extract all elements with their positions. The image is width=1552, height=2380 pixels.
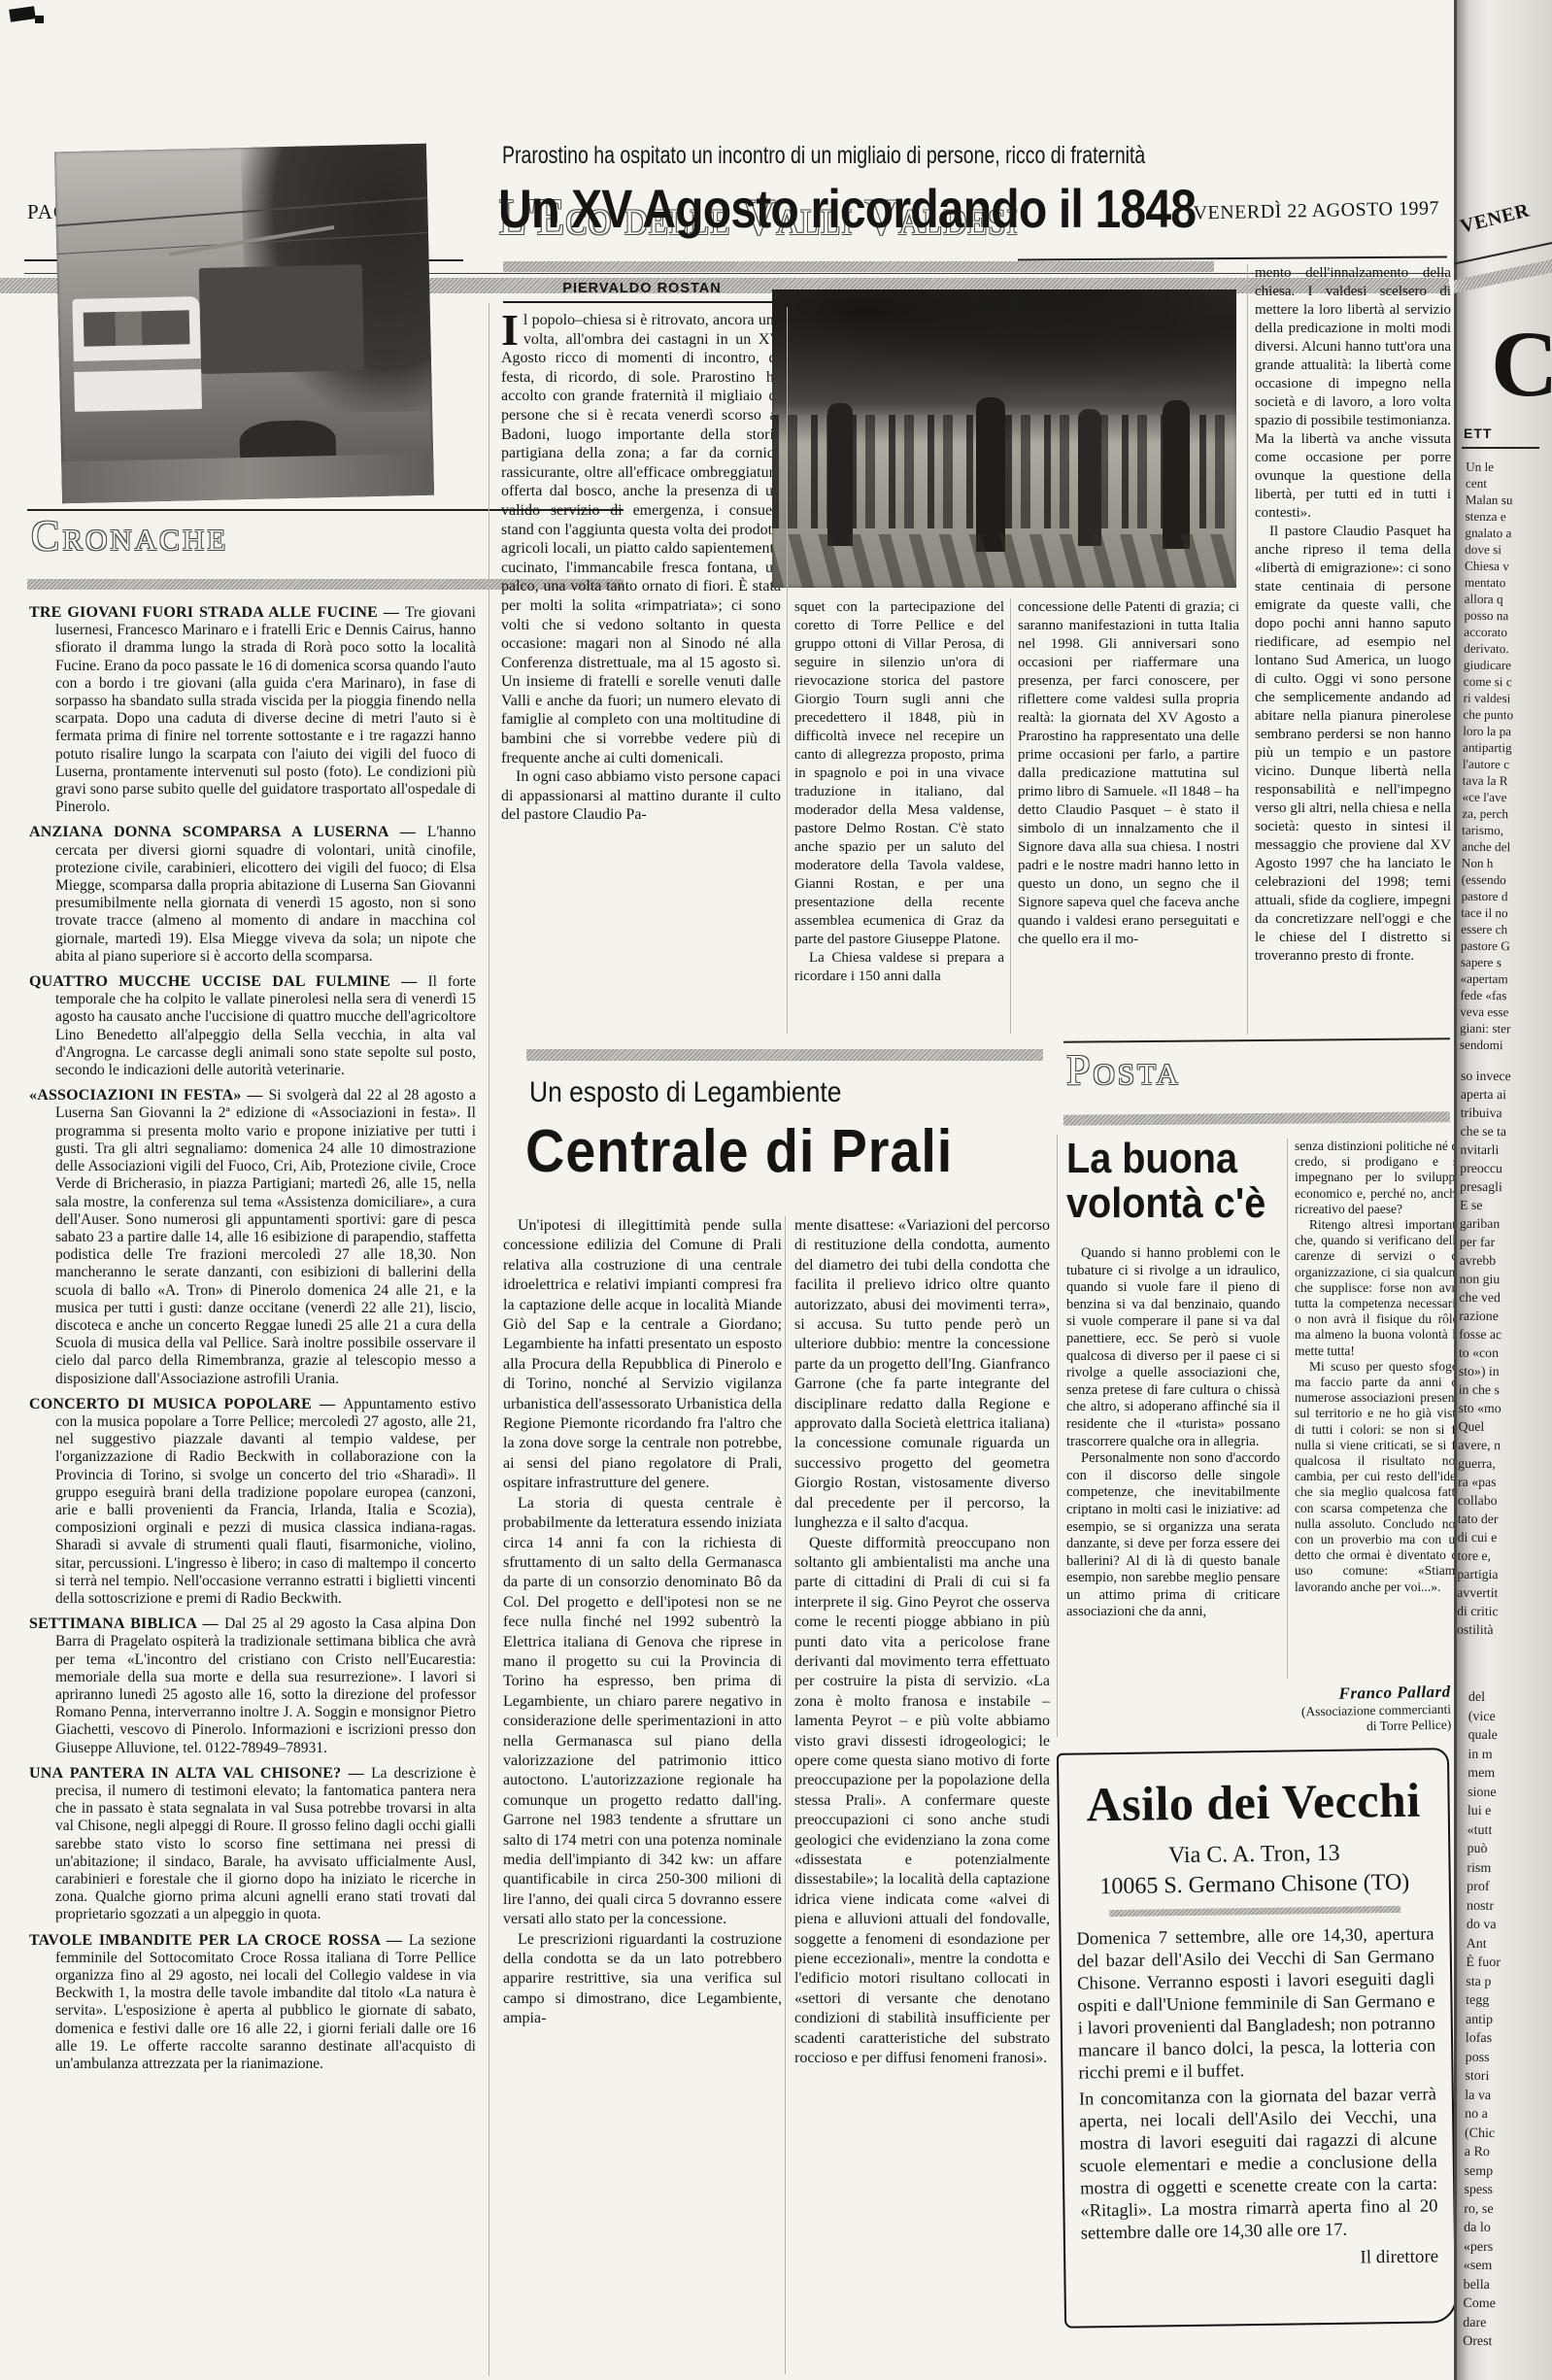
main-halftone-band bbox=[503, 261, 1214, 272]
prali-col-b: mente disattese: «Variazioni del percors… bbox=[794, 1216, 1050, 2376]
news-item: TRE GIOVANI FUORI STRADA ALLE FUCINE — T… bbox=[29, 604, 476, 816]
figure-silhouette bbox=[827, 403, 853, 546]
news-item: TAVOLE IMBANDITE PER LA CROCE ROSSA — La… bbox=[29, 1932, 476, 2074]
article-paragraph: Un'ipotesi di illegittimità pende sulla … bbox=[503, 1216, 782, 1494]
posta-col1: Quando si hanno problemi con le tubature… bbox=[1066, 1245, 1280, 1741]
letter-paragraph: Quando si hanno problemi con le tubature… bbox=[1066, 1245, 1280, 1450]
figure-silhouette bbox=[976, 397, 1005, 553]
photo-xv-agosto-crowd bbox=[772, 289, 1236, 588]
main-kicker-wrap: Prarostino ha ospitato un incontro di un… bbox=[502, 142, 1327, 170]
news-item-body: La descrizione è precisa, il numero di t… bbox=[55, 1765, 476, 1923]
prali-halftone-band bbox=[526, 1049, 1043, 1061]
prali-headline: Centrale di Prali bbox=[525, 1117, 953, 1186]
figure-silhouette bbox=[1163, 400, 1190, 550]
fold-byline-fragment: ETT bbox=[1464, 425, 1492, 441]
fire-truck bbox=[198, 264, 364, 373]
news-item-body: Si svolgerà dal 22 al 28 agosto a Lusern… bbox=[55, 1087, 476, 1386]
news-item: QUATTRO MUCCHE UCCISE DAL FULMINE — Il f… bbox=[29, 973, 476, 1079]
letter-paragraph: Mi scuso per questo sfogo, ma faccio par… bbox=[1295, 1359, 1462, 1595]
ground-shadows bbox=[772, 534, 1236, 588]
posta-halftone-band bbox=[1063, 1111, 1450, 1125]
news-item-title: SETTIMANA BIBLICA — bbox=[29, 1615, 224, 1632]
article-paragraph: mente disattese: «Variazioni del percors… bbox=[794, 1216, 1050, 1534]
prali-col-a: Un'ipotesi di illegittimità pende sulla … bbox=[503, 1216, 782, 2376]
byline-name: PIERVALDO ROSTAN bbox=[562, 281, 721, 296]
column-rule bbox=[1057, 1135, 1058, 1737]
article-paragraph: Il popolo–chiesa si è ritrovato, ancora … bbox=[501, 311, 781, 767]
asilo-address1: Via C. A. Tron, 13 bbox=[1060, 1839, 1448, 1871]
news-item-title: TRE GIOVANI FUORI STRADA ALLE FUCINE — bbox=[29, 604, 405, 621]
main-article-col4: mento dell'innalzamento della chiesa. I … bbox=[1255, 264, 1451, 1037]
news-item: ANZIANA DONNA SCOMPARSA A LUSERNA — L'ha… bbox=[29, 824, 476, 966]
dropcap: I bbox=[501, 311, 523, 348]
fold-header-fragment: VENER bbox=[1458, 200, 1532, 239]
column-rule bbox=[489, 303, 489, 2376]
column-rule bbox=[785, 1216, 786, 2374]
news-item-title: QUATTRO MUCCHE UCCISE DAL FULMINE — bbox=[29, 973, 427, 990]
news-item-title: «ASSOCIAZIONI IN FESTA» — bbox=[29, 1087, 269, 1104]
fold-edge-line bbox=[1454, 0, 1457, 2380]
news-item: UNA PANTERA IN ALTA VAL CHISONE? — La de… bbox=[29, 1765, 476, 1924]
article-paragraph: Le prescrizioni riguardanti la costruzio… bbox=[503, 1930, 782, 2029]
letter-paragraph: Personalmente non sono d'accordo con il … bbox=[1066, 1450, 1280, 1621]
photo-accident-scene bbox=[54, 144, 434, 504]
newspaper-page: PAG. II L'Eco delle Valli Valdesi VENERD… bbox=[0, 0, 1552, 2380]
prali-kicker: Un esposto di Legambiente bbox=[529, 1076, 841, 1109]
paragraph-text: l popolo–chiesa si è ritrovato, ancora u… bbox=[501, 312, 781, 766]
asilo-divider bbox=[1109, 1906, 1400, 1917]
cronache-column: TRE GIOVANI FUORI STRADA ALLE FUCINE — T… bbox=[29, 604, 476, 2376]
news-item-body: La sezione femminile del Sottocomitato C… bbox=[55, 1932, 476, 2072]
news-item-body: Tre giovani lusernesi, Francesco Marinar… bbox=[55, 604, 476, 815]
news-item-title: UNA PANTERA IN ALTA VAL CHISONE? — bbox=[29, 1765, 371, 1782]
ambulance-van bbox=[73, 296, 202, 412]
fold-byline-rule bbox=[1462, 447, 1539, 449]
van-stripe bbox=[74, 358, 200, 373]
news-item-body: L'hanno cercata per diversi giorni squad… bbox=[55, 824, 476, 964]
article-paragraph: squet con la partecipazione del coretto … bbox=[794, 598, 1004, 949]
column-rule bbox=[787, 307, 788, 1034]
main-byline: PIERVALDO ROSTAN bbox=[503, 280, 781, 303]
letter-paragraph: Ritengo altresì importante che, quando s… bbox=[1295, 1217, 1462, 1359]
posta-section-title: Posta bbox=[1066, 1045, 1181, 1095]
main-headline-wrap: Un XV Agosto ricordando il 1848 bbox=[498, 177, 1309, 240]
article-paragraph: concessione delle Patenti di grazia; ci … bbox=[1018, 598, 1239, 949]
article-paragraph: Il pastore Claudio Pasquet ha anche ripr… bbox=[1255, 523, 1451, 966]
cronache-section-title: Cronache bbox=[31, 511, 228, 561]
asilo-address2: 10065 S. Germano Chisone (TO) bbox=[1061, 1869, 1449, 1901]
figure-silhouette bbox=[1078, 409, 1101, 546]
article-paragraph: La Chiesa valdese si prepara a ricordare… bbox=[794, 949, 1004, 986]
asilo-title: Asilo dei Vecchi bbox=[1059, 1771, 1448, 1833]
main-article-col1: Il popolo–chiesa si è ritrovato, ancora … bbox=[501, 311, 781, 1032]
van-windows bbox=[83, 310, 189, 346]
news-item-title: ANZIANA DONNA SCOMPARSA A LUSERNA — bbox=[29, 824, 427, 840]
main-article-col2: squet con la partecipazione del coretto … bbox=[794, 598, 1004, 1036]
letter-title-wrap: La buona volontà c'è bbox=[1066, 1137, 1288, 1226]
fold-text-fragment: del (vice quale in m mem sione lui e «tu… bbox=[1463, 1688, 1502, 2352]
fold-text-fragment: so invece aperta ai tribuiva che se ta n… bbox=[1457, 1067, 1511, 1639]
news-item-body: Dal 25 al 29 agosto la Casa alpina Don B… bbox=[55, 1615, 476, 1755]
posta-col2: senza distinzioni politiche né di credo,… bbox=[1295, 1139, 1462, 1679]
header-rule-right bbox=[1018, 255, 1447, 260]
posta-top-rule bbox=[1063, 1037, 1450, 1042]
article-paragraph: Queste difformità preoccupano non soltan… bbox=[794, 1534, 1050, 2069]
scan-mark bbox=[35, 16, 44, 23]
page-fold-strip: VENER C ETT Un le cent Malan su stenza e… bbox=[1454, 0, 1552, 2380]
column-rule bbox=[1010, 598, 1011, 1034]
news-item-title: TAVOLE IMBANDITE PER LA CROCE ROSSA — bbox=[29, 1932, 409, 1949]
letter-title: La buona volontà c'è bbox=[1066, 1137, 1265, 1226]
news-item: SETTIMANA BIBLICA — Dal 25 al 29 agosto … bbox=[29, 1615, 476, 1757]
article-paragraph: La storia di questa centrale è probabilm… bbox=[503, 1494, 782, 1930]
letter-paragraph: senza distinzioni politiche né di credo,… bbox=[1295, 1139, 1462, 1217]
road-foreground bbox=[61, 453, 434, 503]
news-item-body: Appuntamento estivo con la musica popola… bbox=[55, 1396, 476, 1607]
fold-big-letter: C bbox=[1491, 321, 1552, 408]
article-paragraph: mento dell'innalzamento della chiesa. I … bbox=[1255, 264, 1451, 523]
main-article-col3: concessione delle Patenti di grazia; ci … bbox=[1018, 598, 1239, 1036]
letter-signature: Franco Pallard (Associazione commerciant… bbox=[1195, 1683, 1452, 1738]
news-item: CONCERTO DI MUSICA POPOLARE — Appuntamen… bbox=[29, 1396, 476, 1608]
asilo-box: Asilo dei Vecchi Via C. A. Tron, 13 1006… bbox=[1057, 1748, 1457, 2329]
column-rule bbox=[1287, 1139, 1288, 1679]
asilo-paragraph: In concomitanza con la giornata del baza… bbox=[1079, 2084, 1438, 2245]
news-item: «ASSOCIAZIONI IN FESTA» — Si svolgerà da… bbox=[29, 1087, 476, 1387]
fold-text-fragment: Un le cent Malan su stenza e gnalato a d… bbox=[1460, 459, 1517, 1054]
article-paragraph: In ogni caso abbiamo visto persone capac… bbox=[501, 767, 781, 825]
news-item-title: CONCERTO DI MUSICA POPOLARE — bbox=[29, 1396, 343, 1412]
prali-kicker-wrap: Un esposto di Legambiente bbox=[529, 1076, 884, 1109]
scan-mark bbox=[9, 6, 36, 21]
signature-org: (Associazione commercianti di Torre Pell… bbox=[1195, 1702, 1452, 1738]
prali-headline-wrap: Centrale di Prali bbox=[525, 1117, 1000, 1186]
main-kicker: Prarostino ha ospitato un incontro di un… bbox=[502, 142, 1145, 170]
column-rule bbox=[1247, 264, 1248, 1035]
main-headline: Un XV Agosto ricordando il 1848 bbox=[498, 177, 1196, 240]
asilo-signature: Il direttore bbox=[1081, 2246, 1438, 2272]
asilo-paragraph: Domenica 7 settembre, alle ore 14,30, ap… bbox=[1076, 1923, 1435, 2085]
